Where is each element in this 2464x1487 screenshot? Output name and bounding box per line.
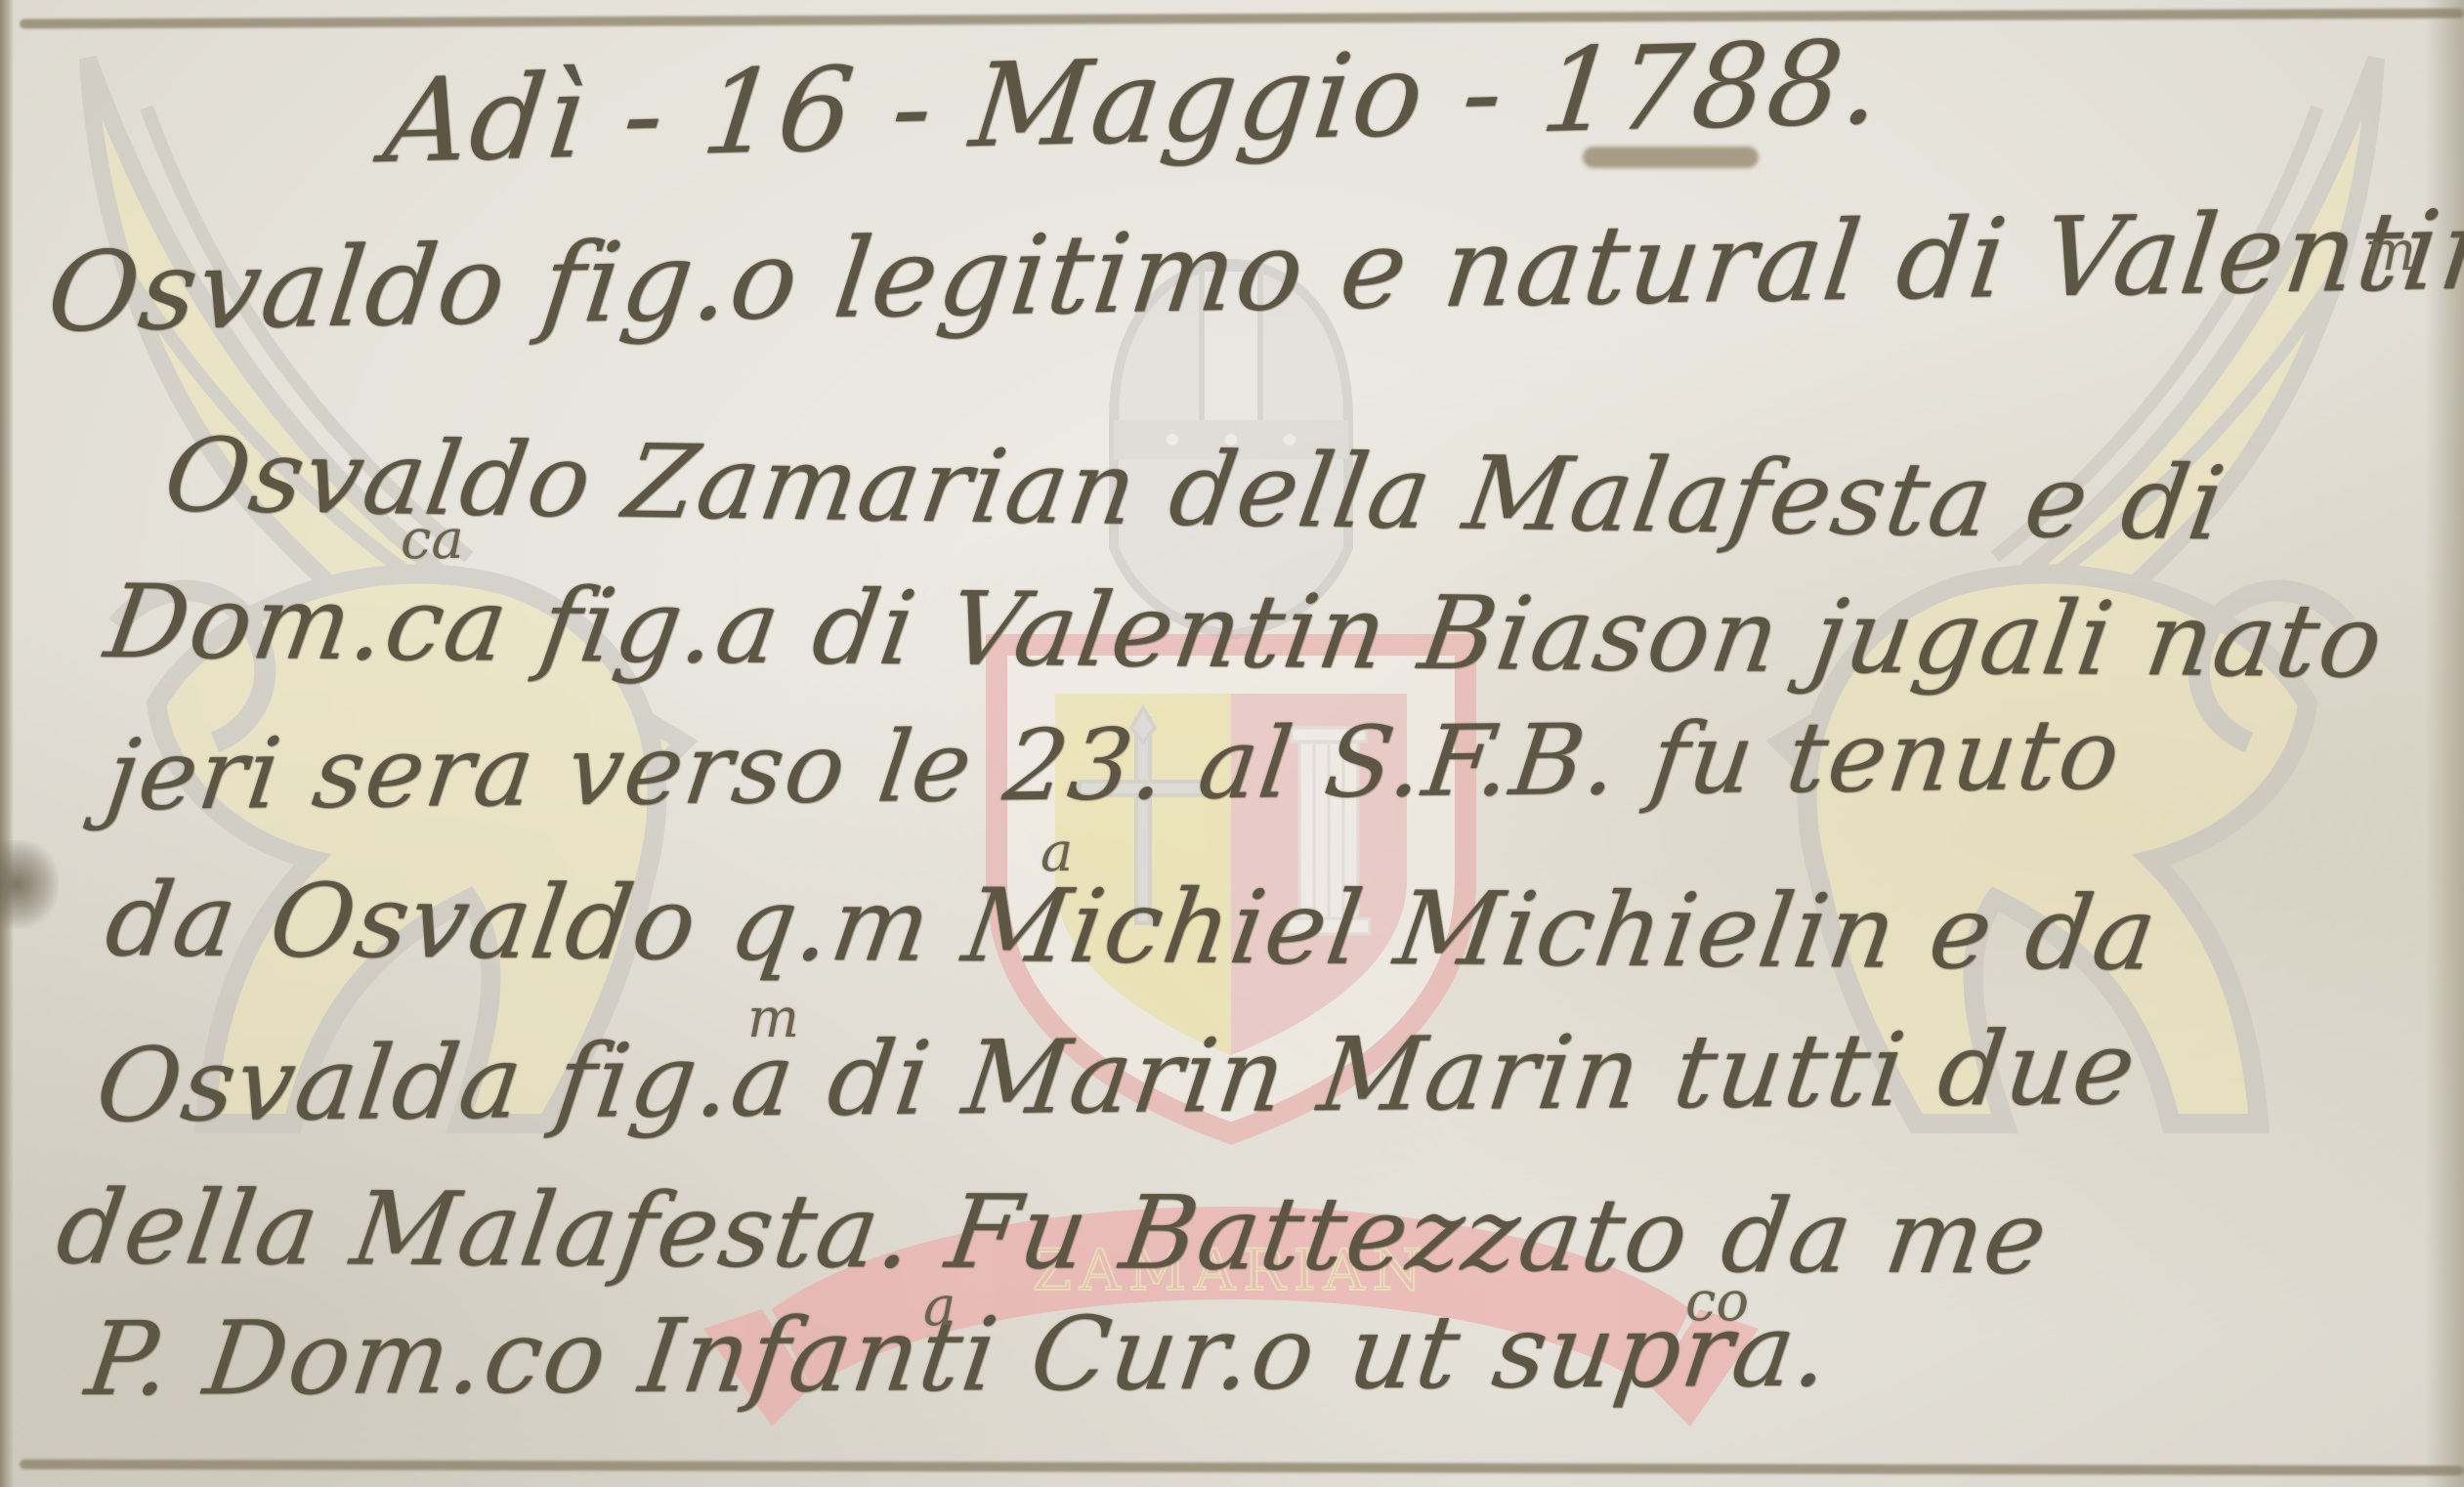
document-page: ZAMARIAN Adì - 16 - Maggio - 1788. Osval…: [0, 0, 2464, 1487]
date-heading: Adì - 16 - Maggio - 1788.: [378, 15, 1890, 190]
superscript-note: a: [923, 1275, 956, 1338]
superscript-note: ca: [401, 508, 464, 572]
entry-line-4: jeri sera verso le 23. al S.F.B. fu tenu…: [100, 697, 2128, 832]
entry-line-8: P. Dom.co Infanti Cur.o ut supra.: [80, 1291, 1839, 1419]
superscript-note: co: [1685, 1270, 1749, 1334]
superscript-note: m: [747, 987, 799, 1050]
entry-line-1: Osvaldo fig.o legitimo e natural di Vale…: [41, 182, 2464, 357]
entry-line-6: Osvalda fig.a di Marin Marin tutti due: [90, 1008, 2144, 1145]
entry-line-5: da Osvaldo q.m Michiel Michielin e da: [99, 860, 2165, 994]
entry-line-3: Dom.ca fig.a di Valentin Biason jugali n…: [99, 562, 2392, 701]
register-entry: Adì - 16 - Maggio - 1788. Osvaldo fig.o …: [0, 0, 2464, 1487]
entry-line-7: della Malafesta. Fu Battezzato da me: [50, 1168, 2056, 1297]
superscript-note: a: [1041, 821, 1073, 884]
entry-line-2: Osvaldo Zamarian della Malafesta e di: [157, 415, 2234, 563]
superscript-note: m: [2364, 220, 2416, 283]
